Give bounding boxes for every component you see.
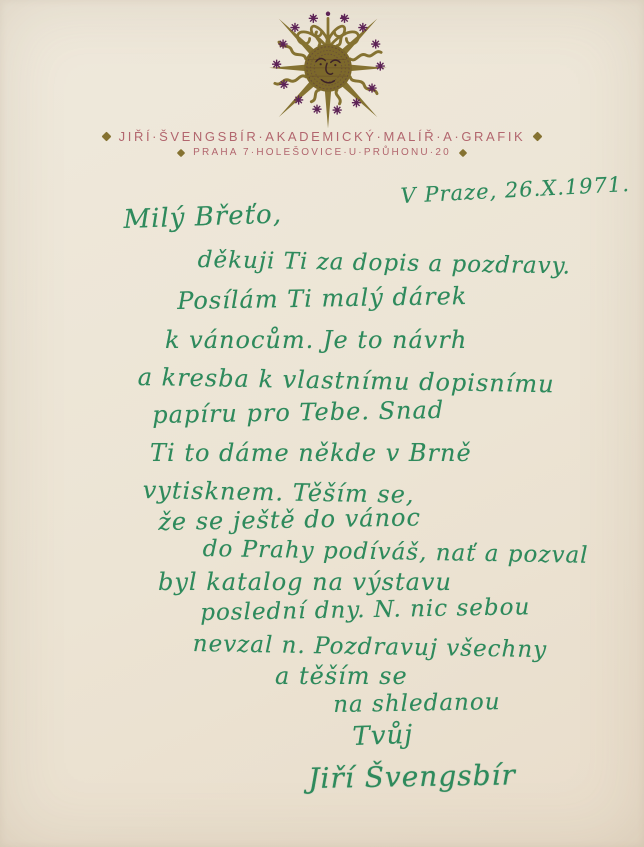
handwritten-line: do Prahy podíváš, nať a pozval (203, 536, 589, 569)
handwritten-line: Posílám Ti malý dárek (177, 282, 468, 315)
signature: Jiří Švengsbír (308, 758, 516, 795)
handwritten-line: Ti to dáme někde v Brně (150, 439, 472, 467)
handwritten-line: nevzal n. Pozdravuj všechny (193, 631, 548, 663)
letterhead-name-text: JIŘÍ·ŠVENGSBÍR·AKADEMICKÝ·MALÍŘ·A·GRAFIK (119, 129, 526, 144)
handwritten-line: poslední dny. N. nic sebou (200, 594, 530, 626)
handwritten-line: že se ještě do vánoc (158, 503, 421, 536)
closing-line: a těším se (275, 662, 408, 690)
handwritten-line: a kresba k vlastnímu dopisnímu (138, 363, 555, 398)
letter-paper: JIŘÍ·ŠVENGSBÍR·AKADEMICKÝ·MALÍŘ·A·GRAFIK… (0, 0, 644, 847)
handwritten-line: byl katalog na výstavu (158, 568, 452, 596)
handwritten-line: děkuji Ti za dopis a pozdravy. (198, 247, 572, 280)
diamond-ornament-icon (459, 148, 467, 156)
date-line: V Praze, 26.X.1971. (400, 172, 630, 208)
closing-line: Tvůj (352, 720, 414, 752)
sun-emblem-icon (236, 0, 420, 137)
scanned-letter: JIŘÍ·ŠVENGSBÍR·AKADEMICKÝ·MALÍŘ·A·GRAFIK… (0, 0, 644, 847)
handwritten-line: k vánocům. Je to návrh (165, 326, 467, 354)
sun-emblem-svg (236, 0, 420, 133)
diamond-ornament-icon (101, 132, 111, 142)
letterhead-address-line: PRAHA 7·HOLEŠOVICE·U·PRŮHONU·20 (0, 147, 644, 158)
letterhead-name-line: JIŘÍ·ŠVENGSBÍR·AKADEMICKÝ·MALÍŘ·A·GRAFIK (0, 129, 644, 144)
salutation: Milý Břeťo, (123, 199, 282, 235)
handwritten-line: papíru pro Tebe. Snad (152, 396, 444, 429)
sun-disc (304, 44, 352, 92)
diamond-ornament-icon (177, 148, 185, 156)
letterhead-address-text: PRAHA 7·HOLEŠOVICE·U·PRŮHONU·20 (193, 147, 451, 158)
closing-line: na shledanou (333, 689, 501, 718)
diamond-ornament-icon (533, 132, 543, 142)
crown-ornament (298, 12, 359, 44)
